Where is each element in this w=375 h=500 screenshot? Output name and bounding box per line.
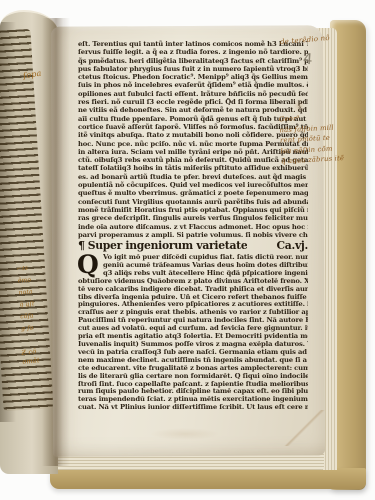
printed-line: ctetus ſtoicus. Phedon ſocratic⁹. Menipp… xyxy=(78,73,308,81)
chapter-title-text: Super ingeniorum varietate xyxy=(88,239,248,252)
printed-line: in altera iura. Sciam vel mille tyrãni e… xyxy=(78,148,308,156)
printed-line: vecũ in patria craſſoq3 ſub aere naſci. … xyxy=(78,349,308,357)
printed-line: ne vitiis eã dehoneſtes. Sin aut deformẽ… xyxy=(78,106,308,114)
printed-line: obtuſiore videmus Quãobrem z plato divin… xyxy=(78,278,308,286)
printed-line: ras grece deſcripſit. ſingulis aureis ve… xyxy=(78,214,308,222)
printed-line: pinguiores. Athenienſes vero pſpicatiore… xyxy=(78,301,308,309)
printed-line: nem maxime declinet. acutiſſimis tñ inge… xyxy=(78,357,308,365)
previous-page-strip xyxy=(0,10,58,474)
printed-line: Pauciſſimi tñ reperiuntur qui natura ind… xyxy=(78,317,308,325)
printed-line: pria eſt mentis agitatio atq3 ſolertia. … xyxy=(78,333,308,341)
chapter-number: Ca.vj. xyxy=(277,239,309,252)
printed-line: hoc. Nunc pce. nũc pciſo. nũc vi. nũc mo… xyxy=(78,140,308,148)
printed-line: parvi properamus z ampli. Si patrie volu… xyxy=(78,231,308,239)
margin-numeral: 4 xyxy=(302,50,313,69)
printed-line: geniũ acumẽ trãſeamus Varias deus hoĩm d… xyxy=(103,262,308,270)
full-width-lines: obtuſiore videmus Quãobrem z plato divin… xyxy=(78,278,308,412)
printed-line: ſervus fuiſſe legit. a q̃ ea z ſtudia fo… xyxy=(78,48,308,56)
printed-line: rum ſiquis paulo hebetior. diſcipline ta… xyxy=(78,388,308,396)
printed-line: cortice ſuavẽ aſſerũt ſaporẽ. Vliſſes nõ… xyxy=(78,123,308,131)
chapter-title: ¶Super ingeniorum varietate xyxy=(78,239,247,252)
printed-line: Vo igit mõ puer diſcẽdi cupidus fiat. ſa… xyxy=(103,254,308,262)
printed-line: eſt. Terentius qui tantũ inter latinos c… xyxy=(78,40,308,48)
printed-line: ctũ. oibuſq3 rebs exutũ phĩa nõ deſeruit… xyxy=(78,156,308,164)
printed-line: Iuvenalis inquit) Summos poſſe viros z m… xyxy=(78,341,308,349)
gutter-note-lower: Ƶ cõomãt xyxy=(21,347,40,367)
printed-line: teras impendendũ ſciat. z ptinua mẽtis e… xyxy=(78,396,308,404)
printed-line: aĩi cultu ſtude ppenſare. Pomorũ q̃dã ge… xyxy=(78,115,308,123)
printed-line: tateſſ ſolatiiq3 hoibs in tãtis miſeriis… xyxy=(78,164,308,172)
printed-line: tibs diverſa ingenia pduire. Uñ et Cicer… xyxy=(78,294,308,302)
printed-line: cuat. Nã vt Plinius iunior diſſertiſſime… xyxy=(78,404,308,412)
printed-line: res fieri. nõ curuil ſ3 eccle regẽde pfi… xyxy=(78,98,308,106)
printed-line: monẽ trãſmiſit Horatius frui ptis optaba… xyxy=(78,206,308,214)
printed-line: tẽ vero calcaribs indigere dicebat. Trad… xyxy=(78,286,308,294)
printed-line: conſecuti ſunt Virgilius quotannis aurũ … xyxy=(78,198,308,206)
printed-line: itẽ vinitqs abuſqa. ſtato z mutabili bon… xyxy=(78,131,308,139)
printed-text-block-lower: Vo igit mõ puer diſcẽdi cupidus fiat. ſa… xyxy=(78,254,308,414)
previous-page-shadow xyxy=(0,22,22,422)
printed-line: cte educarent. vite frugalitatẽ z bonas … xyxy=(78,365,308,373)
printed-line: pus fabulator phrygius ſuus fuit z in nu… xyxy=(78,65,308,73)
book-cover-bottom-board xyxy=(50,468,366,489)
chapter-heading: ¶Super ingeniorum varietate Ca.vj. xyxy=(78,239,308,253)
margin-note-right: Geor⁹nãs falſoin millrent pmõtũ telea nã… xyxy=(279,110,374,167)
printed-text-block-upper: eſt. Terentius qui tantũ inter latinos c… xyxy=(78,40,308,241)
printed-line: ſtroſi ſint. ſuco capellaſte paſcant. z … xyxy=(78,381,308,389)
printed-line: lis de literarũ glia certare non formida… xyxy=(78,373,308,381)
printed-line: cut aues ad volatũ. equi ad curſum. ad ſ… xyxy=(78,325,308,333)
gutter-note-line: omãt xyxy=(22,356,40,367)
printed-line: ſuis in phos nõ incelebres evaſerũt q̃ſi… xyxy=(78,81,308,89)
printed-line: queſtus ẽ multo vberrimus. grãmatici z p… xyxy=(78,189,308,197)
printed-line: q̃s pmẽdatus. heri diligẽtia liberalitat… xyxy=(78,57,308,65)
printed-line: opulentiã nõ cõcupiſces. Quid vel medico… xyxy=(78,181,308,189)
printed-line: craſſus aer z pinguis erat thebis. athen… xyxy=(78,309,308,317)
printed-line: inde oĩa autore diſcamus. z vt Flaccus a… xyxy=(78,223,308,231)
printed-line: es. ad bonarũ artiũ ſtudia te pfer. brev… xyxy=(78,173,308,181)
drop-cap-indented-lines: Vo igit mõ puer diſcẽdi cupidus fiat. ſa… xyxy=(103,254,308,278)
printed-line: q3 aliq̃s rebs vult ãtecellere Hinc q̃dã… xyxy=(103,270,308,278)
gutter-scribbles: ⌐tsẽmonotaq̃ gſtcõfag ſo xyxy=(17,261,62,336)
book-photograph: eſt. Terentius qui tantũ inter latinos c… xyxy=(0,0,375,500)
printed-line: opiliones aut ſubulci facti eſſent. lrãt… xyxy=(78,90,308,98)
